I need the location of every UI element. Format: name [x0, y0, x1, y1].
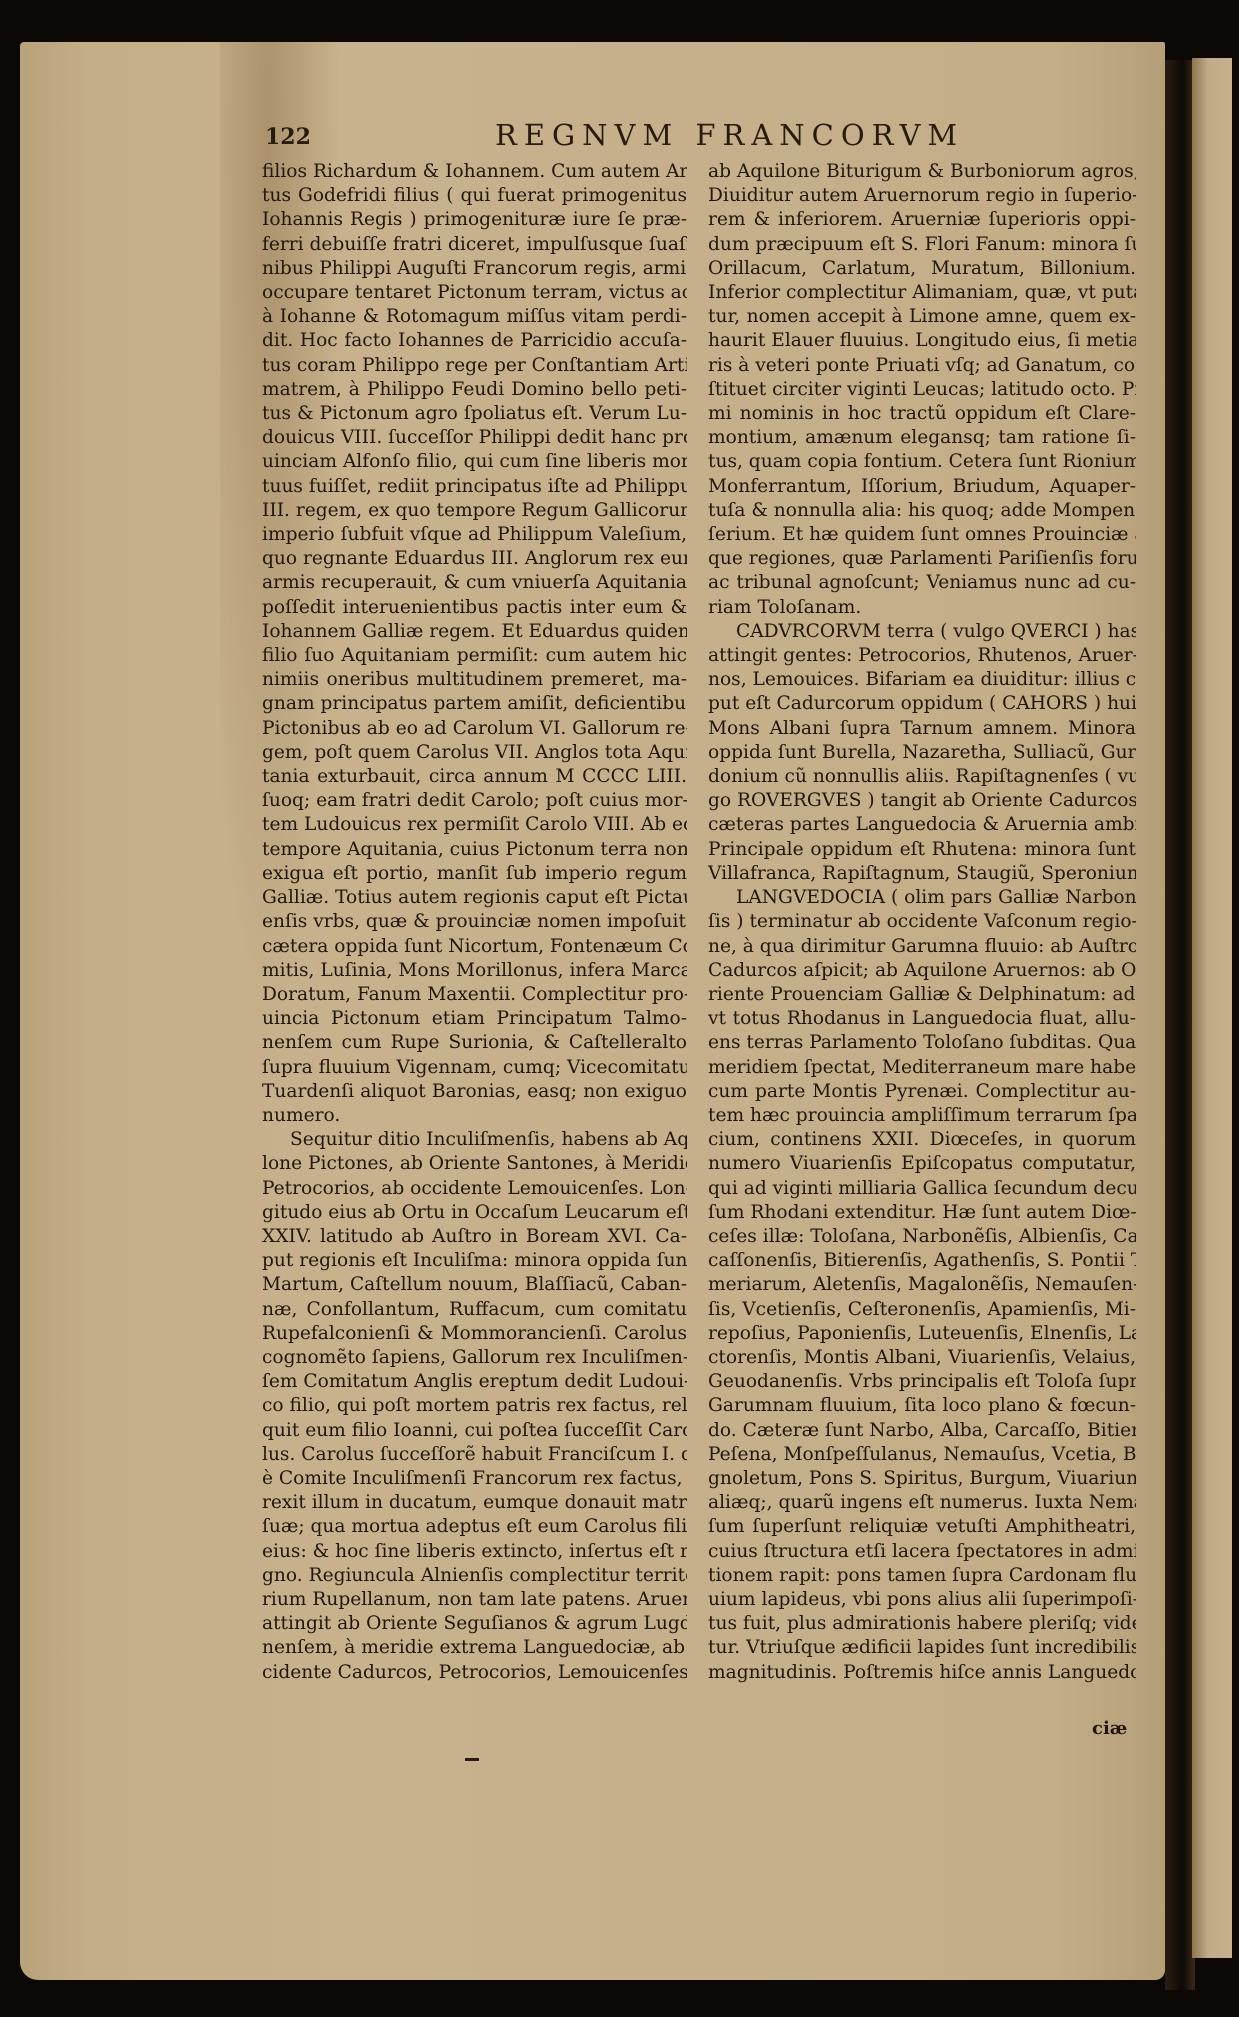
page-header: 122 REGNVM FRANCORVM [265, 118, 1135, 154]
text-line: mi nominis in hoc tractũ oppidum eſt Cla… [708, 402, 1136, 426]
text-line: repoſius, Paponienſis, Luteuenſis, Elnen… [708, 1322, 1136, 1346]
text-line: Principale oppidum eſt Rhutena: minora ſ… [708, 838, 1136, 862]
text-line: è Comite Inculiſmenſi Francorum rex fact… [262, 1467, 687, 1491]
text-line: Cadurcos aſpicit; ab Aquilone Aruernos: … [708, 959, 1136, 983]
text-line: tionem rapit: pons tamen ſupra Cardonam … [708, 1564, 1136, 1588]
text-line: cidente Cadurcos, Petrocorios, Lemouicen… [262, 1661, 687, 1685]
text-line: matrem, à Philippo Feudi Domino bello pe… [262, 378, 687, 402]
text-line: tania exturbauit, circa annum M CCCC LII… [262, 765, 687, 789]
page-number: 122 [265, 124, 311, 150]
text-line: Pictonibus ab eo ad Carolum VI. Gallorum… [262, 717, 687, 741]
text-line: gnoletum, Pons S. Spiritus, Burgum, Viua… [708, 1467, 1136, 1491]
text-line: à Iohanne & Rotomagum miſſus vitam perdi… [262, 305, 687, 329]
text-line: exigua eſt portio, manſit ſub imperio re… [262, 862, 687, 886]
text-line: cium, continens XXII. Diœceſes, in quoru… [708, 1128, 1136, 1152]
text-line: ſuæ; qua mortua adeptus eſt eum Carolus … [262, 1515, 687, 1539]
text-line: tem hæc prouincia ampliſſimum terrarum ſ… [708, 1104, 1136, 1128]
text-line: tus fuit, plus admirationis habere pleri… [708, 1612, 1136, 1636]
text-line: go ROVERGVES ) tangit ab Oriente Cadurco… [708, 789, 1136, 813]
text-line: caſſonenſis, Bitierenſis, Agathenſis, S.… [708, 1249, 1136, 1273]
text-line: donium cũ nonnullis aliis. Rapiſtagnenſe… [708, 765, 1136, 789]
text-line: nibus Philippi Auguſti Francorum regis, … [262, 257, 687, 281]
catchword: ciæ [1092, 1718, 1127, 1739]
text-line: enſis vrbs, quæ & prouinciæ nomen impoſu… [262, 910, 687, 934]
text-line: ſis ) terminatur ab occidente Vaſconum r… [708, 910, 1136, 934]
text-line: Diuiditur autem Aruernorum regio in ſupe… [708, 184, 1136, 208]
text-line: qui ad viginti milliaria Gallica ſecundu… [708, 1177, 1136, 1201]
text-line: meridiem ſpectat, Mediterraneum mare hab… [708, 1056, 1136, 1080]
text-line: tuus fuiſſet, rediit principatus iſte ad… [262, 475, 687, 499]
text-line: Peſena, Monſpeſſulanus, Nemauſus, Vcetia… [708, 1443, 1136, 1467]
text-line: attingit gentes: Petrocorios, Rhutenos, … [708, 644, 1136, 668]
text-line: Martum, Caſtellum nouum, Blaſſiacũ, Caba… [262, 1273, 687, 1297]
text-line: ſtituet circiter viginti Leucas; latitud… [708, 378, 1136, 402]
signature-mark [465, 1758, 479, 1761]
text-line: nos, Lemouices. Bifariam ea diuiditur: i… [708, 668, 1136, 692]
text-line: Iohannem Galliæ regem. Et Eduardus quide… [262, 620, 687, 644]
text-line: cum parte Montis Pyrenæi. Complectitur a… [708, 1080, 1136, 1104]
text-line: tus & Pictonum agro ſpoliatus eſt. Verum… [262, 402, 687, 426]
text-line: tus, quam copia fontium. Cetera ſunt Rio… [708, 450, 1136, 474]
text-line: eius: & hoc ſine liberis extincto, inſer… [262, 1540, 687, 1564]
text-line: uinciam Alfonſo filio, qui cum ſine libe… [262, 450, 687, 474]
text-line: Villafranca, Rapiſtagnum, Staugiũ, Spero… [708, 862, 1136, 886]
text-line: magnitudinis. Poſtremis hiſce annis Lang… [708, 1661, 1136, 1685]
text-line: riente Prouenciam Galliæ & Delphinatum: … [708, 983, 1136, 1007]
text-line: Petrocorios, ab occidente Lemouicenſes. … [262, 1177, 687, 1201]
book-gutter [1165, 60, 1195, 1990]
text-line: Sequitur ditio Inculiſmenſis, habens ab … [262, 1128, 687, 1152]
text-line: ens terras Parlamento Toloſano ſubditas.… [708, 1031, 1136, 1055]
text-line: montium, amænum elegansq; tam ratione ſi… [708, 426, 1136, 450]
text-line: mitis, Luſinia, Mons Morillonus, infera … [262, 959, 687, 983]
text-line: dum præcipuum eſt S. Flori Fanum: minora… [708, 233, 1136, 257]
text-line: Mons Albani ſupra Tarnum amnem. Minora [708, 717, 1136, 741]
text-line: poſſedit interuenientibus pactis inter e… [262, 596, 687, 620]
text-line: lus. Carolus ſucceſſorẽ habuit Franciſcu… [262, 1443, 687, 1467]
text-line: gitudo eius ab Ortu in Occaſum Leucarum … [262, 1201, 687, 1225]
text-line: douicus VIII. ſucceſſor Philippi dedit h… [262, 426, 687, 450]
text-line: ſis, Vcetienſis, Ceſteronenſis, Apamienſ… [708, 1298, 1136, 1322]
text-line: co filio, qui poſt mortem patris rex fac… [262, 1394, 687, 1418]
text-line: filios Richardum & Iohannem. Cum autem A… [262, 160, 687, 184]
text-line: tempore Aquitania, cuius Pictonum terra … [262, 838, 687, 862]
text-line: cuius ſtructura etſi lacera ſpectatores … [708, 1540, 1136, 1564]
text-line: quo regnante Eduardus III. Anglorum rex … [262, 547, 687, 571]
text-line: ſupra fluuium Vigennam, cumq; Vicecomita… [262, 1056, 687, 1080]
text-line: Iohannis Regis ) primogenituræ iure ſe p… [262, 208, 687, 232]
text-line: nenſem cum Rupe Surionia, & Caſtelleralt… [262, 1031, 687, 1055]
text-line: lone Pictones, ab Oriente Santones, à Me… [262, 1152, 687, 1176]
text-line: meriarum, Aletenſis, Magalonẽſis, Nemauſ… [708, 1273, 1136, 1297]
text-line: Inferior complectitur Alimaniam, quæ, vt… [708, 281, 1136, 305]
text-line: filio ſuo Aquitaniam permiſit: cum autem… [262, 644, 687, 668]
text-line: ſum ſuperſunt reliquiæ vetuſti Amphithea… [708, 1515, 1136, 1539]
text-line: ac tribunal agnoſcunt; Veniamus nunc ad … [708, 571, 1136, 595]
text-line: put eſt Cadurcorum oppidum ( CAHORS ) hu… [708, 692, 1136, 716]
text-line: tuſa & nonnulla alia: his quoq; adde Mom… [708, 499, 1136, 523]
text-line: Rupefalconienſi & Mommorancienſi. Carolu… [262, 1322, 687, 1346]
text-line: ab Aquilone Biturigum & Burboniorum agro… [708, 160, 1136, 184]
text-line: Monferrantum, Iſſorium, Briudum, Aquaper… [708, 475, 1136, 499]
text-line: cognomẽto ſapiens, Gallorum rex Inculiſm… [262, 1346, 687, 1370]
text-line: tus Godefridi filius ( qui fuerat primog… [262, 184, 687, 208]
text-line: que regiones, quæ Parlamenti Pariſienſis… [708, 547, 1136, 571]
text-line: tem Ludouicus rex permiſit Carolo VIII. … [262, 813, 687, 837]
text-line: Doratum, Fanum Maxentii. Complectitur pr… [262, 983, 687, 1007]
text-line: numero Viuarienſis Epiſcopatus computatu… [708, 1152, 1136, 1176]
text-line: vt totus Rhodanus in Languedocia fluat, … [708, 1007, 1136, 1031]
text-line: ſuoq; eam fratri dedit Carolo; poſt cuiu… [262, 789, 687, 813]
text-line: Geuodanenſis. Vrbs principalis eſt Toloſ… [708, 1370, 1136, 1394]
text-line: III. regem, ex quo tempore Regum Gallico… [262, 499, 687, 523]
text-line: XXIV. latitudo ab Auſtro in Boream XVI. … [262, 1225, 687, 1249]
text-line: riam Toloſanam. [708, 596, 1136, 620]
text-line: do. Cæteræ ſunt Narbo, Alba, Carcaſſo, B… [708, 1419, 1136, 1443]
text-line: gem, poſt quem Carolus VII. Anglos tota … [262, 741, 687, 765]
text-line: put regionis eſt Inculiſma: minora oppid… [262, 1249, 687, 1273]
text-line: ſerium. Et hæ quidem ſunt omnes Prouinci… [708, 523, 1136, 547]
text-line: CADVRCORVM terra ( vulgo QVERCI ) has [708, 620, 1136, 644]
facing-page-edge [1192, 58, 1232, 1958]
text-line: Orillacum, Carlatum, Muratum, Billonium. [708, 257, 1136, 281]
text-line: oppida ſunt Burella, Nazaretha, Sulliacũ… [708, 741, 1136, 765]
text-line: ferri debuiſſe fratri diceret, impulſusq… [262, 233, 687, 257]
text-line: nenſem, à meridie extrema Languedociæ, a… [262, 1636, 687, 1660]
left-text-column: filios Richardum & Iohannem. Cum autem A… [262, 160, 687, 1685]
text-line: tur. Vtriuſque ædificii lapides ſunt inc… [708, 1636, 1136, 1660]
text-line: cætera oppida ſunt Nicortum, Fontenæum C… [262, 935, 687, 959]
text-line: ctorenſis, Montis Albani, Viuarienſis, V… [708, 1346, 1136, 1370]
text-line: ris à veteri ponte Priuati vſq; ad Ganat… [708, 354, 1136, 378]
text-line: attingit ab Oriente Seguſianos & agrum L… [262, 1612, 687, 1636]
text-line: ne, à qua dirimitur Garumna fluuio: ab A… [708, 935, 1136, 959]
right-text-column: ab Aquilone Biturigum & Burboniorum agro… [708, 160, 1136, 1685]
text-line: quit eum filio Ioanni, cui poſtea ſucceſ… [262, 1419, 687, 1443]
text-line: tus coram Philippo rege per Conſtantiam … [262, 354, 687, 378]
text-line: ſum Rhodani extenditur. Hæ ſunt autem Di… [708, 1201, 1136, 1225]
text-line: rexit illum in ducatum, eumque donauit m… [262, 1491, 687, 1515]
text-line: ceſes illæ: Toloſana, Narbonẽſis, Albien… [708, 1225, 1136, 1249]
text-line: aliæq;, quarũ ingens eſt numerus. Iuxta … [708, 1491, 1136, 1515]
text-line: haurit Elauer fluuius. Longitudo eius, ſ… [708, 329, 1136, 353]
text-line: uincia Pictonum etiam Principatum Talmo- [262, 1007, 687, 1031]
text-line: armis recuperauit, & cum vniuerſa Aquita… [262, 571, 687, 595]
text-line: nimiis oneribus multitudinem premeret, m… [262, 668, 687, 692]
text-line: tur, nomen accepit à Limone amne, quem e… [708, 305, 1136, 329]
text-line: Garumnam fluuium, ſita loco plano & fœcu… [708, 1394, 1136, 1418]
text-line: næ, Confollantum, Ruffacum, cum comitatu [262, 1298, 687, 1322]
text-line: ſem Comitatum Anglis ereptum dedit Ludou… [262, 1370, 687, 1394]
text-line: gno. Regiuncula Alnienſis complectitur t… [262, 1564, 687, 1588]
text-line: Tuardenſi aliquot Baronias, easq; non ex… [262, 1080, 687, 1104]
text-line: rium Rupellanum, non tam late patens. Ar… [262, 1588, 687, 1612]
text-line: rem & inferiorem. Aruerniæ ſuperioris op… [708, 208, 1136, 232]
text-line: imperio ſubfuit vſque ad Philippum Valeſ… [262, 523, 687, 547]
text-line: dit. Hoc facto Iohannes de Parricidio ac… [262, 329, 687, 353]
text-line: cæteras partes Languedocia & Aruernia am… [708, 813, 1136, 837]
running-title: REGNVM FRANCORVM [495, 118, 964, 152]
text-line: LANGVEDOCIA ( olim pars Galliæ Narbonẽ- [708, 886, 1136, 910]
text-line: occupare tentaret Pictonum terram, victu… [262, 281, 687, 305]
text-line: gnam principatus partem amiſit, deficien… [262, 692, 687, 716]
text-line: uium lapideus, vbi pons alius alii ſuper… [708, 1588, 1136, 1612]
text-line: numero. [262, 1104, 687, 1128]
text-line: Galliæ. Totius autem regionis caput eſt … [262, 886, 687, 910]
